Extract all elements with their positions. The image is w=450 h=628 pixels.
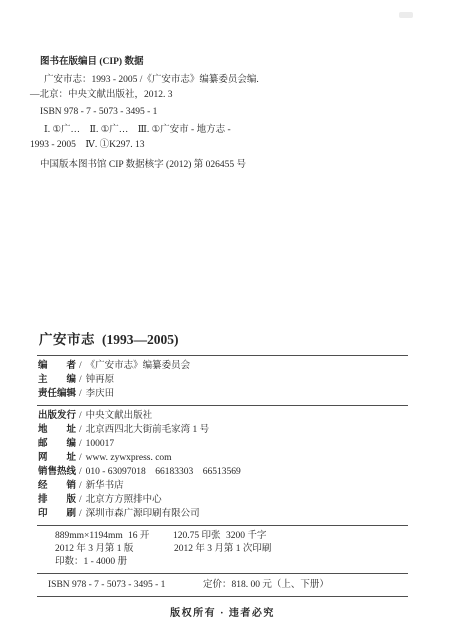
editor-row: 责任编辑 / 李庆田 xyxy=(38,387,408,401)
row-separator: / xyxy=(79,451,82,465)
isbn-number: ISBN 978 - 7 - 5073 - 3495 - 1 xyxy=(48,578,203,592)
scan-artifact xyxy=(399,12,413,18)
publisher-block: 出版发行 / 中央文献出版社 地 址 / 北京西四北大街前毛家湾 1 号 邮 编… xyxy=(37,406,408,525)
spec-row-format: 889mm×1194mm 16 开 120.75 印张 3200 千字 xyxy=(55,530,408,543)
row-value: 新华书店 xyxy=(86,479,124,493)
row-label: 主 编 xyxy=(38,373,77,387)
colophon: 广安市志(1993—2005) 编 者 / 《广安市志》编纂委员会 主 编 / … xyxy=(37,328,408,619)
cip-isbn: ISBN 978 - 7 - 5073 - 3495 - 1 xyxy=(30,105,340,120)
cip-heading: 图书在版编目 (CIP) 数据 xyxy=(30,55,340,70)
cip-classification-line1: Ⅰ. ①广… Ⅱ. ①广… Ⅲ. ①广安市 - 地方志 - xyxy=(30,123,340,138)
publisher-row: 出版发行 / 中央文献出版社 xyxy=(38,409,408,423)
row-label: 出版发行 xyxy=(38,409,77,423)
book-copyright-page: 图书在版编目 (CIP) 数据 广安市志：1993 - 2005 /《广安市志》… xyxy=(0,0,450,628)
row-label: 地 址 xyxy=(38,423,77,437)
row-label: 网 址 xyxy=(38,451,77,465)
spec-format: 889mm×1194mm xyxy=(55,530,128,543)
price: 定价：818. 00 元（上、下册） xyxy=(203,578,329,592)
row-value: 北京西四北大街前毛家湾 1 号 xyxy=(86,423,210,437)
row-separator: / xyxy=(79,387,82,401)
book-title-line: 广安市志(1993—2005) xyxy=(39,328,408,348)
print-specs-block: 889mm×1194mm 16 开 120.75 印张 3200 千字 2012… xyxy=(37,526,408,573)
row-separator: / xyxy=(79,437,82,451)
row-separator: / xyxy=(79,479,82,493)
row-value: 100017 xyxy=(86,437,115,451)
row-separator: / xyxy=(79,359,82,373)
spec-words: 3200 千字 xyxy=(226,530,266,543)
spec-row-edition: 2012 年 3 月第 1 版 2012 年 3 月第 1 次印刷 xyxy=(55,543,408,556)
row-label: 经 销 xyxy=(38,479,77,493)
row-label: 销售热线 xyxy=(38,465,77,479)
row-separator: / xyxy=(79,493,82,507)
row-separator: / xyxy=(79,373,82,387)
spec-print-run: 印数：1 - 4000 册 xyxy=(55,556,127,569)
book-title-years: (1993—2005) xyxy=(102,332,179,347)
cip-description-line1: 广安市志：1993 - 2005 /《广安市志》编纂委员会编. xyxy=(30,73,340,88)
editor-row: 主 编 / 钟再原 xyxy=(38,373,408,387)
row-separator: / xyxy=(79,409,82,423)
row-separator: / xyxy=(79,507,82,521)
cip-description-line2: —北京：中央文献出版社，2012. 3 xyxy=(30,88,340,103)
publisher-row: 排 版 / 北京方方照排中心 xyxy=(38,493,408,507)
cip-classification-line2: 1993 - 2005 Ⅳ. ①K297. 13 xyxy=(30,138,340,153)
cip-block: 图书在版编目 (CIP) 数据 广安市志：1993 - 2005 /《广安市志》… xyxy=(30,55,340,173)
editors-block: 编 者 / 《广安市志》编纂委员会 主 编 / 钟再原 责任编辑 / 李庆田 xyxy=(37,356,408,405)
publisher-row: 印 刷 / 深圳市森广源印刷有限公司 xyxy=(38,507,408,521)
isbn-price-row: ISBN 978 - 7 - 5073 - 3495 - 1 定价：818. 0… xyxy=(37,574,408,596)
spec-sheets: 120.75 印张 xyxy=(173,530,226,543)
copyright-notice: 版权所有 · 违者必究 xyxy=(37,604,408,619)
publisher-row: 销售热线 / 010 - 63097018 66183303 66513569 xyxy=(38,465,408,479)
row-value: 010 - 63097018 66183303 66513569 xyxy=(86,465,241,479)
publisher-row: 经 销 / 新华书店 xyxy=(38,479,408,493)
row-separator: / xyxy=(79,465,82,479)
spec-row-print-run: 印数：1 - 4000 册 xyxy=(55,556,408,569)
row-value: 中央文献出版社 xyxy=(86,409,153,423)
row-value: 《广安市志》编纂委员会 xyxy=(86,359,191,373)
editor-row: 编 者 / 《广安市志》编纂委员会 xyxy=(38,359,408,373)
row-value: www. zywxpress. com xyxy=(86,451,172,465)
row-value: 钟再原 xyxy=(86,373,115,387)
spec-kai: 16 开 xyxy=(128,530,173,543)
cip-description: 广安市志：1993 - 2005 /《广安市志》编纂委员会编. —北京：中央文献… xyxy=(30,73,340,103)
rule-under-isbn xyxy=(37,596,408,597)
spec-printing: 2012 年 3 月第 1 次印刷 xyxy=(174,543,271,556)
row-label: 印 刷 xyxy=(38,507,77,521)
row-label: 编 者 xyxy=(38,359,77,373)
spec-edition: 2012 年 3 月第 1 版 xyxy=(55,543,174,556)
publisher-row: 网 址 / www. zywxpress. com xyxy=(38,451,408,465)
cip-record-number: 中国版本图书馆 CIP 数据核字 (2012) 第 026455 号 xyxy=(30,158,340,173)
book-title: 广安市志 xyxy=(39,332,95,347)
row-label: 排 版 xyxy=(38,493,77,507)
cip-classification: Ⅰ. ①广… Ⅱ. ①广… Ⅲ. ①广安市 - 地方志 - 1993 - 200… xyxy=(30,123,340,153)
publisher-row: 邮 编 / 100017 xyxy=(38,437,408,451)
publisher-row: 地 址 / 北京西四北大街前毛家湾 1 号 xyxy=(38,423,408,437)
row-label: 责任编辑 xyxy=(38,387,77,401)
row-value: 深圳市森广源印刷有限公司 xyxy=(86,507,200,521)
row-label: 邮 编 xyxy=(38,437,77,451)
row-value: 北京方方照排中心 xyxy=(86,493,162,507)
row-separator: / xyxy=(79,423,82,437)
row-value: 李庆田 xyxy=(86,387,115,401)
